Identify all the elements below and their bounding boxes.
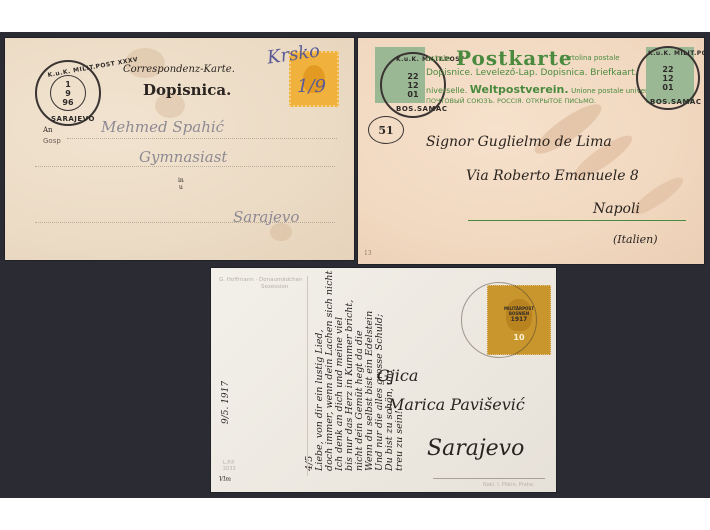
signature: Vlm <box>219 476 231 483</box>
address-street: Via Roberto Emanuele 8 <box>466 168 639 184</box>
salutation-an: An <box>43 126 53 134</box>
postmark-city: SARAJEVO <box>51 115 95 123</box>
address-line <box>35 166 335 167</box>
postmark-date: 22 12 01 <box>396 68 430 102</box>
oval-mark: 51 <box>368 116 404 144</box>
publisher-top: G. Hoffmann · Donaumädchen <box>219 277 303 283</box>
address-underline <box>433 478 545 479</box>
postcard-postkarte-1901: K.u.K. MILIT.POST 22 12 01 BOS.SAMAC ost… <box>358 38 704 264</box>
address-line <box>67 138 337 139</box>
postmark-city: BOS.SAMAC <box>396 105 447 113</box>
postmark-date: 1 9 96 <box>50 75 86 111</box>
publisher-top-2: Sezession <box>261 284 288 290</box>
in-label: in u <box>178 177 184 191</box>
postmark-day: 22 <box>662 65 673 74</box>
blue-pen-note-2: 1/9 <box>297 76 326 97</box>
postmark-year: 01 <box>407 90 418 99</box>
header-languages: Dopisnice. Levelező-Lap. Dopisnica. Brie… <box>426 68 637 78</box>
address-name: Marica Pavišević <box>388 395 525 414</box>
postmark-ring-text: K.u.K. MILIT.POST LIII <box>648 50 704 57</box>
in-label-de: in <box>178 177 184 184</box>
salutation-gosp: Gosp <box>43 137 61 145</box>
postcard-dopisnica-1896: K.u.K. MILIT.POST XXXV 1 9 96 SARAJEVO C… <box>5 38 354 260</box>
header-fragment: ostale <box>426 54 450 63</box>
address-name: Signor Guglielmo de Lima <box>426 134 612 150</box>
message-date: 9/5. 1917 <box>221 381 231 424</box>
postmark-bos-samac-right: K.u.K. MILIT.POST LIII 22 12 01 BOS.SAMA… <box>636 46 700 110</box>
header-russian: ПОЧТОВЫЙ СОЮЗЪ. РОССІЯ. ОТКРЫТОЕ ПИСЬМО. <box>426 97 596 105</box>
address-school: Gymnasiast <box>139 148 227 166</box>
postmark-year: 01 <box>662 83 673 92</box>
address-city: Sarajevo <box>233 208 299 226</box>
header-weltpostverein-line: niverselle. Weltpostverein. Unione posta… <box>426 83 664 96</box>
publisher-bottom: L.P.P. 2033 <box>223 460 236 472</box>
divider-line <box>307 276 308 476</box>
postcard-sarajevo-1917: G. Hoffmann · Donaumädchen Sezession 4/5… <box>211 268 556 492</box>
printer-credit: Nakl. I. Pitkin, Praha <box>483 482 533 488</box>
address-name: Mehmed Spahić <box>101 118 224 136</box>
postmark-faint <box>461 282 537 358</box>
address-city: Sarajevo <box>427 436 524 461</box>
in-label-bs: u <box>178 184 184 191</box>
postmark-year: 96 <box>62 98 73 107</box>
header-postkarte: Postkarte <box>456 46 573 70</box>
address-greeting: Gjica <box>377 366 418 385</box>
header-cartolina: Cartolina postale <box>560 54 620 62</box>
oval-mark-number: 51 <box>378 124 393 137</box>
address-country: (Italien) <box>613 233 658 246</box>
postmark-month: 12 <box>407 81 418 90</box>
header-correspondenz: Correspondenz-Karte. <box>123 64 235 75</box>
address-underline <box>468 220 686 221</box>
address-city: Napoli <box>593 201 640 217</box>
postmark-day: 1 <box>65 80 71 89</box>
corner-note: 13 <box>364 250 372 257</box>
postmark-date: 22 12 01 <box>652 62 685 95</box>
postmark-sarajevo: K.u.K. MILIT.POST XXXV 1 9 96 SARAJEVO <box>35 60 101 126</box>
text-weltpostverein: Weltpostverein. <box>470 83 569 96</box>
postmark-city: BOS.SAMAC <box>650 98 701 106</box>
header-dopisnica: Dopisnica. <box>143 81 231 99</box>
text-universelle: niverselle. <box>426 86 467 95</box>
postmark-day: 22 <box>407 72 418 81</box>
publisher-number: 2033 <box>223 466 236 472</box>
postmark-month: 9 <box>65 89 71 98</box>
postmark-month: 12 <box>662 74 673 83</box>
